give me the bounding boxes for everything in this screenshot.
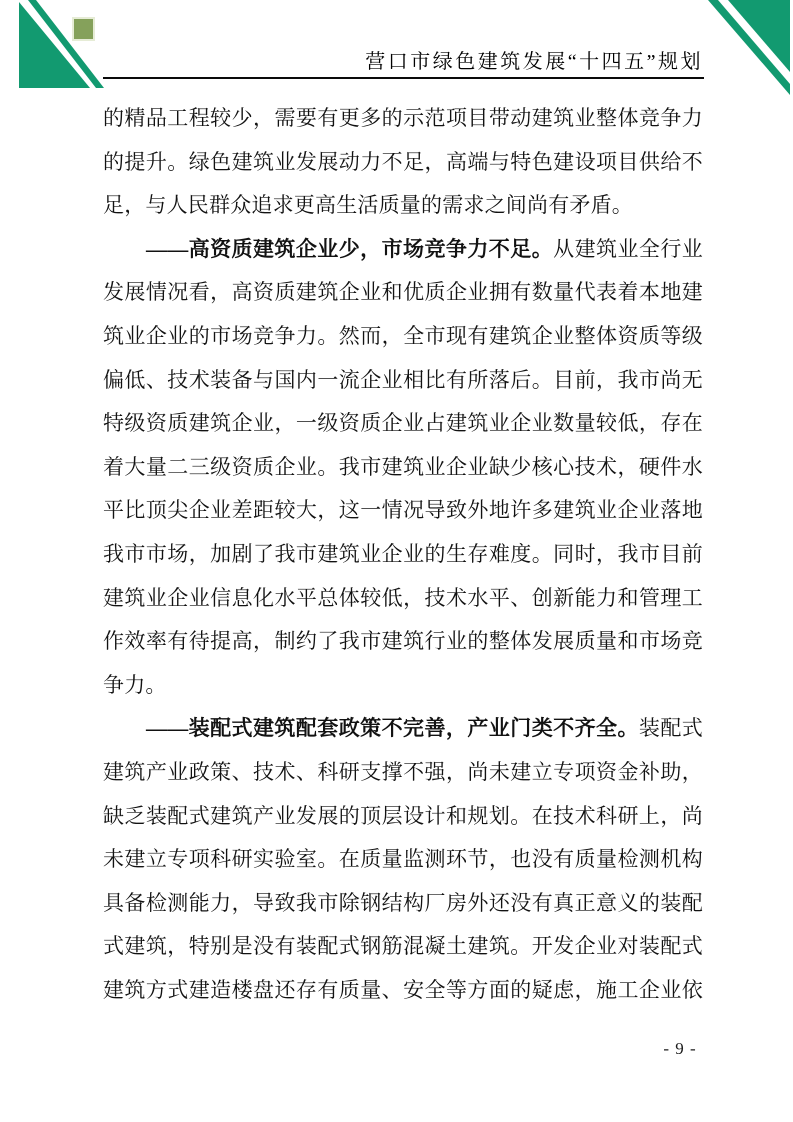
paragraph-text: 式建筑，特别是没有装配式钢筋混凝土建筑。开发企业对装配式 bbox=[103, 935, 703, 958]
document-page: 营口市绿色建筑发展“十四五”规划 的精品工程较少，需要有更多的示范项目带动建筑业… bbox=[0, 0, 793, 1122]
body-line: 建筑业企业信息化水平总体较低，技术水平、创新能力和管理工 bbox=[103, 577, 703, 621]
body-line: 未建立专项科研实验室。在质量监测环节，也没有质量检测机构 bbox=[103, 838, 703, 882]
body-line: 缺乏装配式建筑产业发展的顶层设计和规划。在技术科研上，尚 bbox=[103, 795, 703, 839]
paragraph-text: 具备检测能力，导致我市除钢结构厂房外还没有真正意义的装配 bbox=[103, 892, 703, 915]
body-line: 建筑方式建造楼盘还存有质量、安全等方面的疑虑，施工企业依 bbox=[103, 969, 703, 1013]
paragraph-text: 从建筑业全行业 bbox=[553, 238, 703, 261]
paragraph-text: 偏低、技术装备与国内一流企业相比有所落后。目前，我市尚无 bbox=[103, 369, 703, 392]
paragraph-text: 建筑方式建造楼盘还存有质量、安全等方面的疑虑，施工企业依 bbox=[103, 979, 703, 1002]
body-line: ——高资质建筑企业少，市场竞争力不足。从建筑业全行业 bbox=[103, 228, 703, 272]
paragraph-text: 装配式 bbox=[639, 717, 703, 740]
paragraph-text: 着大量二三级资质企业。我市建筑业企业缺少核心技术，硬件水 bbox=[103, 456, 703, 479]
paragraph-text: 作效率有待提高，制约了我市建筑行业的整体发展质量和市场竞 bbox=[103, 630, 703, 653]
paragraph-text: 建筑业企业信息化水平总体较低，技术水平、创新能力和管理工 bbox=[103, 587, 703, 610]
corner-decoration-right bbox=[702, 0, 793, 100]
body-line: 争力。 bbox=[103, 664, 703, 708]
paragraph-lead-bold: ——高资质建筑企业少，市场竞争力不足。 bbox=[146, 237, 553, 261]
body-line: 特级资质建筑企业，一级资质企业占建筑业企业数量较低，存在 bbox=[103, 402, 703, 446]
body-line: 建筑产业政策、技术、科研支撑不强，尚未建立专项资金补助， bbox=[103, 751, 703, 795]
body-line: 着大量二三级资质企业。我市建筑业企业缺少核心技术，硬件水 bbox=[103, 446, 703, 490]
body-line: 具备检测能力，导致我市除钢结构厂房外还没有真正意义的装配 bbox=[103, 882, 703, 926]
body-line: 我市市场，加剧了我市建筑业企业的生存难度。同时，我市目前 bbox=[103, 533, 703, 577]
body-line: 偏低、技术装备与国内一流企业相比有所落后。目前，我市尚无 bbox=[103, 359, 703, 403]
paragraph-text: 建筑产业政策、技术、科研支撑不强，尚未建立专项资金补助， bbox=[103, 761, 703, 784]
paragraph-text: 的精品工程较少，需要有更多的示范项目带动建筑业整体竞争力 bbox=[103, 107, 703, 130]
paragraph-text: 发展情况看，高资质建筑企业和优质企业拥有数量代表着本地建 bbox=[103, 281, 703, 304]
corner-triangles-left-icon bbox=[0, 0, 112, 92]
body-line: 足，与人民群众追求更高生活质量的需求之间尚有矛盾。 bbox=[103, 184, 703, 228]
corner-triangles-right-icon bbox=[702, 0, 793, 100]
paragraph-text: 筑业企业的市场竞争力。然而，全市现有建筑企业整体资质等级 bbox=[103, 325, 703, 348]
paragraph-text: 平比顶尖企业差距较大，这一情况导致外地许多建筑业企业落地 bbox=[103, 499, 703, 522]
triangle-shape bbox=[728, 0, 790, 72]
body-line: 的提升。绿色建筑业发展动力不足，高端与特色建设项目供给不 bbox=[103, 141, 703, 185]
body-line: 的精品工程较少，需要有更多的示范项目带动建筑业整体竞争力 bbox=[103, 97, 703, 141]
body-line: 发展情况看，高资质建筑企业和优质企业拥有数量代表着本地建 bbox=[103, 271, 703, 315]
body-text: 的精品工程较少，需要有更多的示范项目带动建筑业整体竞争力的提升。绿色建筑业发展动… bbox=[103, 97, 703, 1012]
body-line: 作效率有待提高，制约了我市建筑行业的整体发展质量和市场竞 bbox=[103, 620, 703, 664]
paragraph-text: 足，与人民群众追求更高生活质量的需求之间尚有矛盾。 bbox=[103, 194, 633, 217]
paragraph-text: 的提升。绿色建筑业发展动力不足，高端与特色建设项目供给不 bbox=[103, 151, 703, 174]
olive-square-decoration bbox=[72, 17, 95, 41]
paragraph-lead-bold: ——装配式建筑配套政策不完善，产业门类不齐全。 bbox=[146, 716, 639, 740]
body-line: 筑业企业的市场竞争力。然而，全市现有建筑企业整体资质等级 bbox=[103, 315, 703, 359]
paragraph-text: 未建立专项科研实验室。在质量监测环节，也没有质量检测机构 bbox=[103, 848, 703, 871]
header-rule bbox=[103, 77, 704, 79]
paragraph-text: 缺乏装配式建筑产业发展的顶层设计和规划。在技术科研上，尚 bbox=[103, 805, 703, 828]
paragraph-text: 争力。 bbox=[103, 674, 167, 697]
body-line: 式建筑，特别是没有装配式钢筋混凝土建筑。开发企业对装配式 bbox=[103, 925, 703, 969]
corner-decoration-left bbox=[0, 0, 112, 92]
triangle-shape bbox=[19, 2, 90, 88]
body-line: 平比顶尖企业差距较大，这一情况导致外地许多建筑业企业落地 bbox=[103, 489, 703, 533]
page-number: - 9 - bbox=[648, 1039, 712, 1059]
page-header-title: 营口市绿色建筑发展“十四五”规划 bbox=[365, 50, 703, 74]
body-line: ——装配式建筑配套政策不完善，产业门类不齐全。装配式 bbox=[103, 707, 703, 751]
paragraph-text: 特级资质建筑企业，一级资质企业占建筑业企业数量较低，存在 bbox=[103, 412, 703, 435]
paragraph-text: 我市市场，加剧了我市建筑业企业的生存难度。同时，我市目前 bbox=[103, 543, 703, 566]
